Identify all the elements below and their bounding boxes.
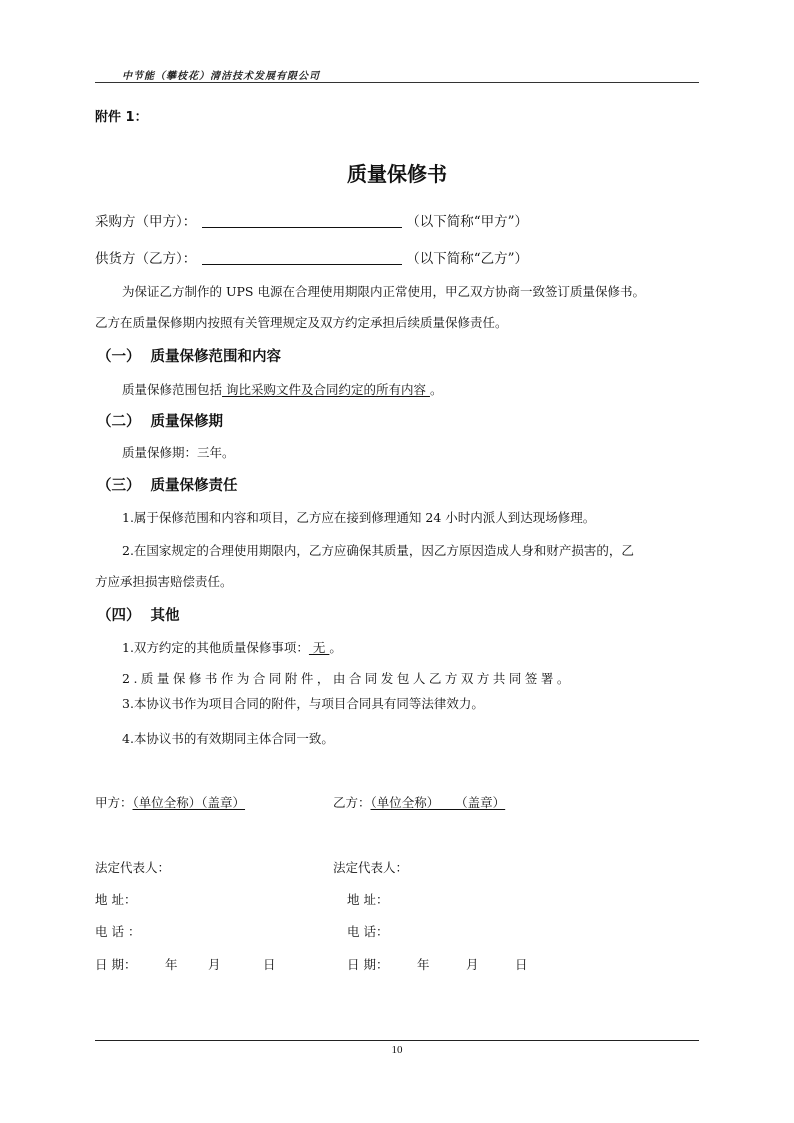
other-item-value: 无 [309,640,329,655]
party-b-day: 日 [515,955,528,973]
buyer-line: 采购方（甲方）：（以下简称“甲方”） [95,210,528,230]
section-2-number: （二） [97,414,141,430]
party-a-seal-line: 甲方：（单位全称）（盖章） [95,793,251,811]
footer-divider [95,1040,699,1041]
party-b-date[interactable]: 日 期： 年 月 日 [347,955,388,973]
section-4-heading: （四）其他 [97,604,180,625]
section-4-number: （四） [97,608,141,624]
party-a-date-label: 日 期： [95,957,136,972]
supplier-blank-field[interactable] [202,250,402,265]
party-b-year: 年 [417,955,430,973]
company-name: 中节能（攀枝花）清洁技术发展有限公司 [122,67,320,82]
supplier-note: （以下简称“乙方”） [406,251,528,267]
scope-prefix: 质量保修范围包括 [122,382,222,397]
party-a-date[interactable]: 日 期： 年 月 日 [95,955,136,973]
section-1-text: 质量保修范围包括 询比采购文件及合同约定的所有内容 。 [122,380,442,398]
section-3-item-2-cont: 方应承担损害赔偿责任。 [95,572,233,590]
party-a-phone[interactable]: 电 话 ： [95,922,140,940]
section-3-item-2: 2.在国家规定的合理使用期限内，乙方应确保其质量，因乙方原因造成人身和财产损害的… [122,541,634,559]
other-item-prefix: 1.双方约定的其他质量保修事项： [122,640,309,655]
header-divider [95,82,699,83]
intro-line-2: 乙方在质量保修期内按照有关管理规定及双方约定承担后续质量保修责任。 [95,313,508,331]
section-4-item-1: 1.双方约定的其他质量保修事项： 无 。 [122,638,342,656]
party-b-seal-field[interactable]: （单位全称） （盖章） [371,795,512,810]
party-b-rep[interactable]: 法定代表人： [333,858,408,876]
section-1-title: 质量保修范围和内容 [151,349,282,365]
supplier-label: 供货方（乙方）： [95,251,196,267]
section-1-heading: （一）质量保修范围和内容 [97,345,281,366]
section-2-heading: （二）质量保修期 [97,410,223,431]
other-item-suffix: 。 [329,640,342,655]
party-a-label: 甲方： [95,795,133,810]
intro-line-1: 为保证乙方制作的 UPS 电源在合理使用期限内正常使用，甲乙双方协商一致签订质量… [122,282,645,300]
section-3-title: 质量保修责任 [151,478,238,494]
page-number: 10 [0,1044,794,1056]
section-2-title: 质量保修期 [151,414,224,430]
section-4-item-2: 2.质量保修书作为合同附件，由合同发包人乙方双方共同签署。 [122,669,573,687]
scope-suffix: 。 [430,382,443,397]
party-a-seal-field[interactable]: （单位全称）（盖章） [133,795,252,810]
party-b-month: 月 [466,955,479,973]
party-a-day: 日 [263,955,276,973]
section-4-item-4: 4.本协议书的有效期同主体合同一致。 [122,729,334,747]
party-b-seal-line: 乙方：（单位全称） （盖章） [333,793,511,811]
party-b-label: 乙方： [333,795,371,810]
buyer-blank-field[interactable] [202,213,402,228]
party-a-year: 年 [165,955,178,973]
buyer-label: 采购方（甲方）： [95,214,196,230]
party-a-address[interactable]: 地 址： [95,890,136,908]
section-2-text: 质量保修期：三年。 [122,443,235,461]
party-a-rep[interactable]: 法定代表人： [95,858,170,876]
party-b-address[interactable]: 地 址： [347,890,388,908]
party-b-date-label: 日 期： [347,957,388,972]
section-3-item-1: 1.属于保修范围和内容和项目，乙方应在接到修理通知 24 小时内派人到达现场修理… [122,508,595,526]
section-4-item-3: 3.本协议书作为项目合同的附件，与项目合同具有同等法律效力。 [122,694,484,712]
section-3-number: （三） [97,478,141,494]
scope-underlined: 询比采购文件及合同约定的所有内容 [222,382,430,397]
party-a-month: 月 [208,955,221,973]
section-1-number: （一） [97,349,141,365]
section-3-heading: （三）质量保修责任 [97,474,238,495]
party-b-phone[interactable]: 电 话： [347,922,388,940]
buyer-note: （以下简称“甲方”） [406,214,528,230]
attachment-label: 附件 1： [95,106,148,125]
supplier-line: 供货方（乙方）：（以下简称“乙方”） [95,247,528,267]
document-title: 质量保修书 [0,158,794,187]
section-4-title: 其他 [151,608,180,624]
